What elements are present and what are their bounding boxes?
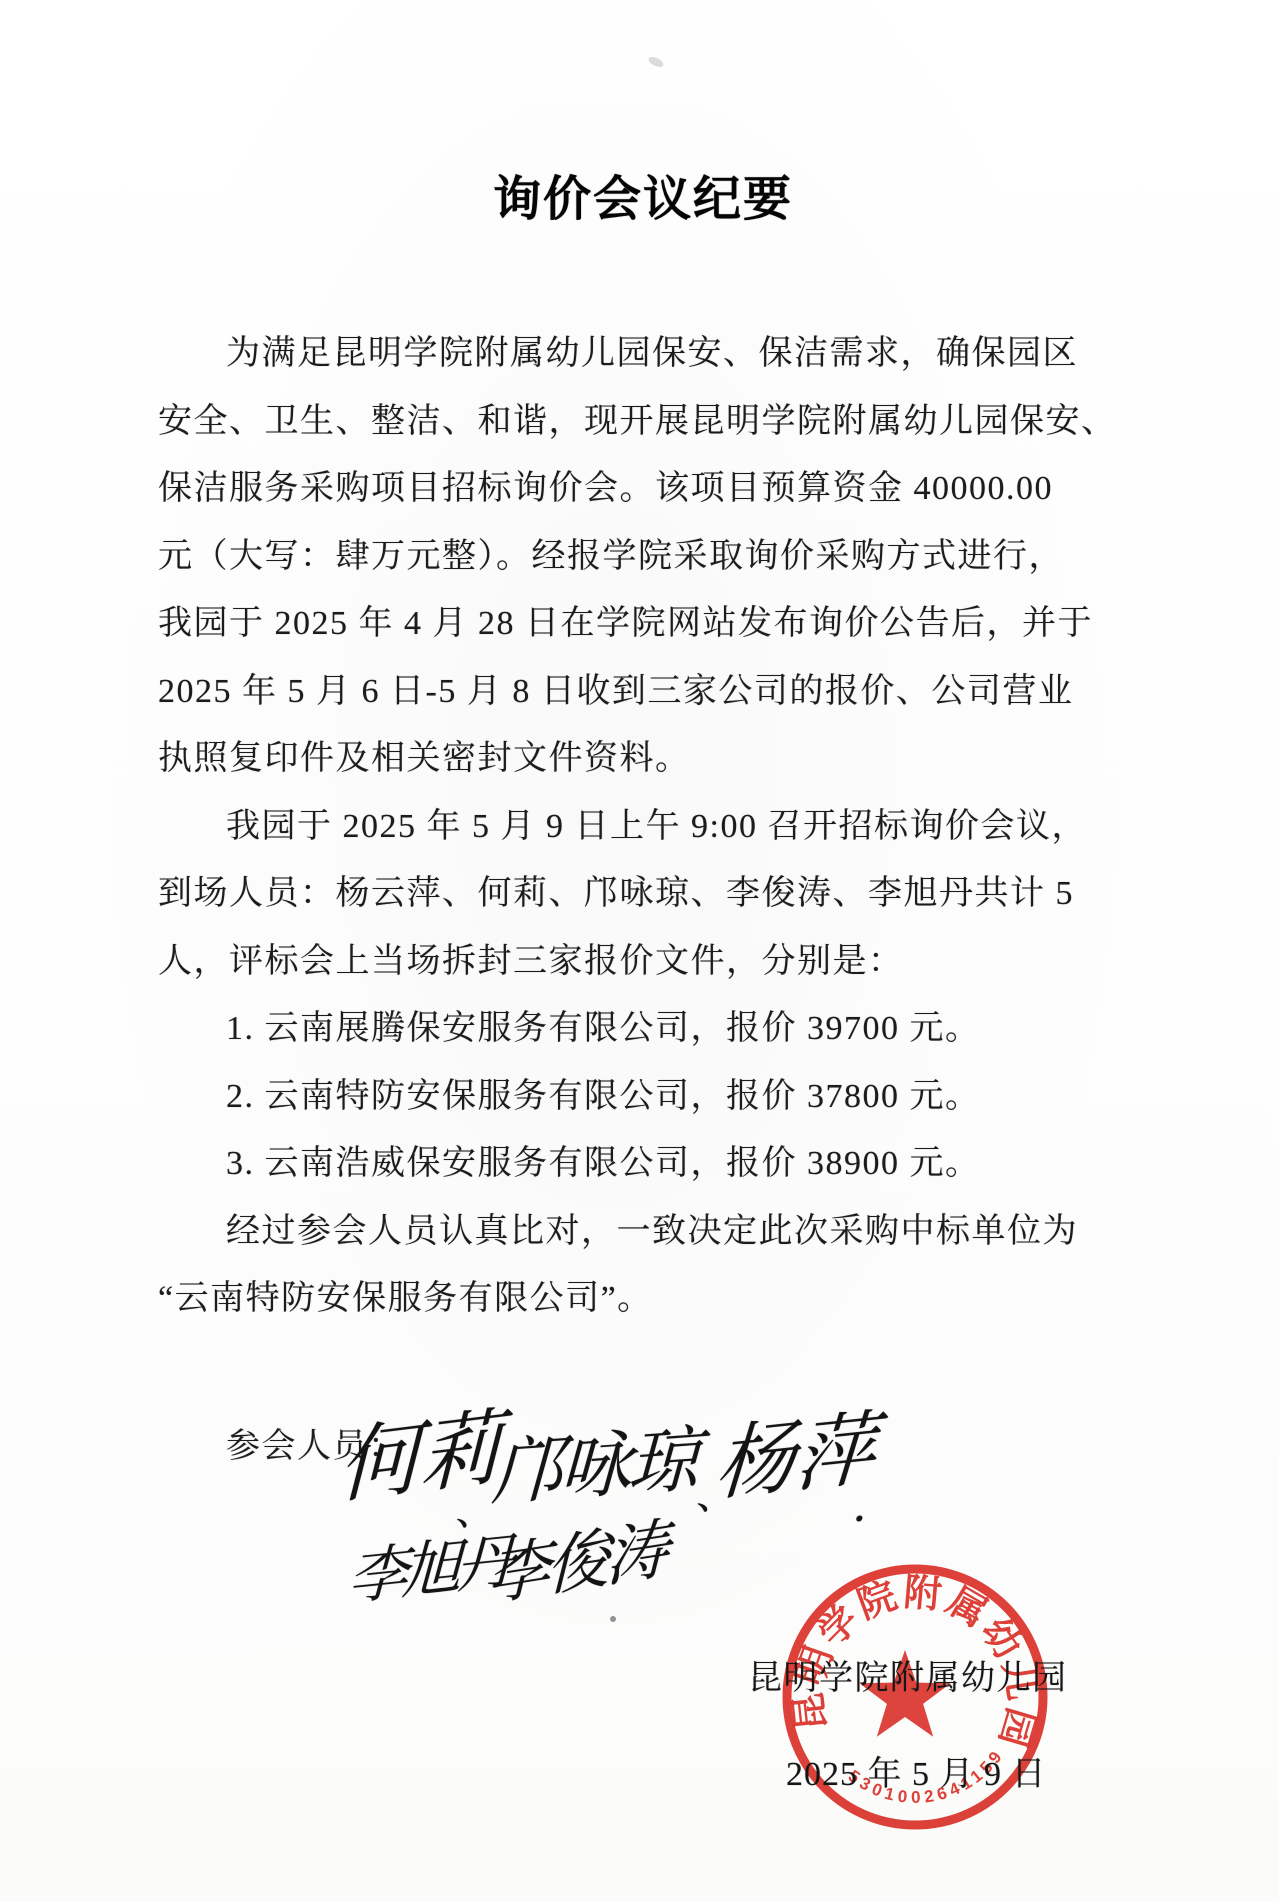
body-line: 元（大写：肆万元整）。经报学院采取询价采购方式进行， xyxy=(158,523,1133,591)
scan-dot xyxy=(610,1616,616,1622)
document-body: 为满足昆明学院附属幼儿园保安、保洁需求，确保园区 安全、卫生、整洁、和谐，现开展… xyxy=(158,320,1133,1333)
body-line: 2025 年 5 月 6 日-5 月 8 日收到三家公司的报价、公司营业 xyxy=(158,658,1133,726)
body-line: 到场人员：杨云萍、何莉、邝咏琼、李俊涛、李旭丹共计 5 xyxy=(158,860,1133,928)
body-line: 我园于 2025 年 5 月 9 日上午 9:00 召开招标询价会议， xyxy=(158,793,1133,861)
signature-kuang-yongqiong: 邝咏琼 xyxy=(490,1401,697,1520)
body-line: 3. 云南浩威保安服务有限公司，报价 38900 元。 xyxy=(158,1130,1133,1198)
body-line: 执照复印件及相关密封文件资料。 xyxy=(158,725,1133,793)
body-line: 保洁服务采购项目招标询价会。该项目预算资金 40000.00 xyxy=(158,455,1133,523)
body-line: 1. 云南展腾保安服务有限公司，报价 39700 元。 xyxy=(158,995,1133,1063)
scanned-document-page: 询价会议纪要 为满足昆明学院附属幼儿园保安、保洁需求，确保园区 安全、卫生、整洁… xyxy=(0,0,1279,1901)
signature-dot: . xyxy=(852,1478,867,1532)
body-line: 人，评标会上当场拆封三家报价文件，分别是： xyxy=(158,928,1133,996)
footer-date: 2025 年 5 月 9 日 xyxy=(786,1746,1047,1795)
scan-smudge xyxy=(647,55,665,69)
body-line: “云南特防安保服务有限公司”。 xyxy=(158,1265,1133,1333)
body-line: 我园于 2025 年 4 月 28 日在学院网站发布询价公告后，并于 xyxy=(158,590,1133,658)
document-title: 询价会议纪要 xyxy=(158,160,1128,229)
footer-organization: 昆明学院附属幼儿园 xyxy=(748,1650,1068,1699)
body-line: 为满足昆明学院附属幼儿园保安、保洁需求，确保园区 xyxy=(158,320,1133,388)
body-line: 2. 云南特防安保服务有限公司，报价 37800 元。 xyxy=(158,1063,1133,1131)
body-line: 经过参会人员认真比对，一致决定此次采购中标单位为 xyxy=(158,1198,1133,1266)
body-line: 安全、卫生、整洁、和谐，现开展昆明学院附属幼儿园保安、 xyxy=(158,388,1133,456)
